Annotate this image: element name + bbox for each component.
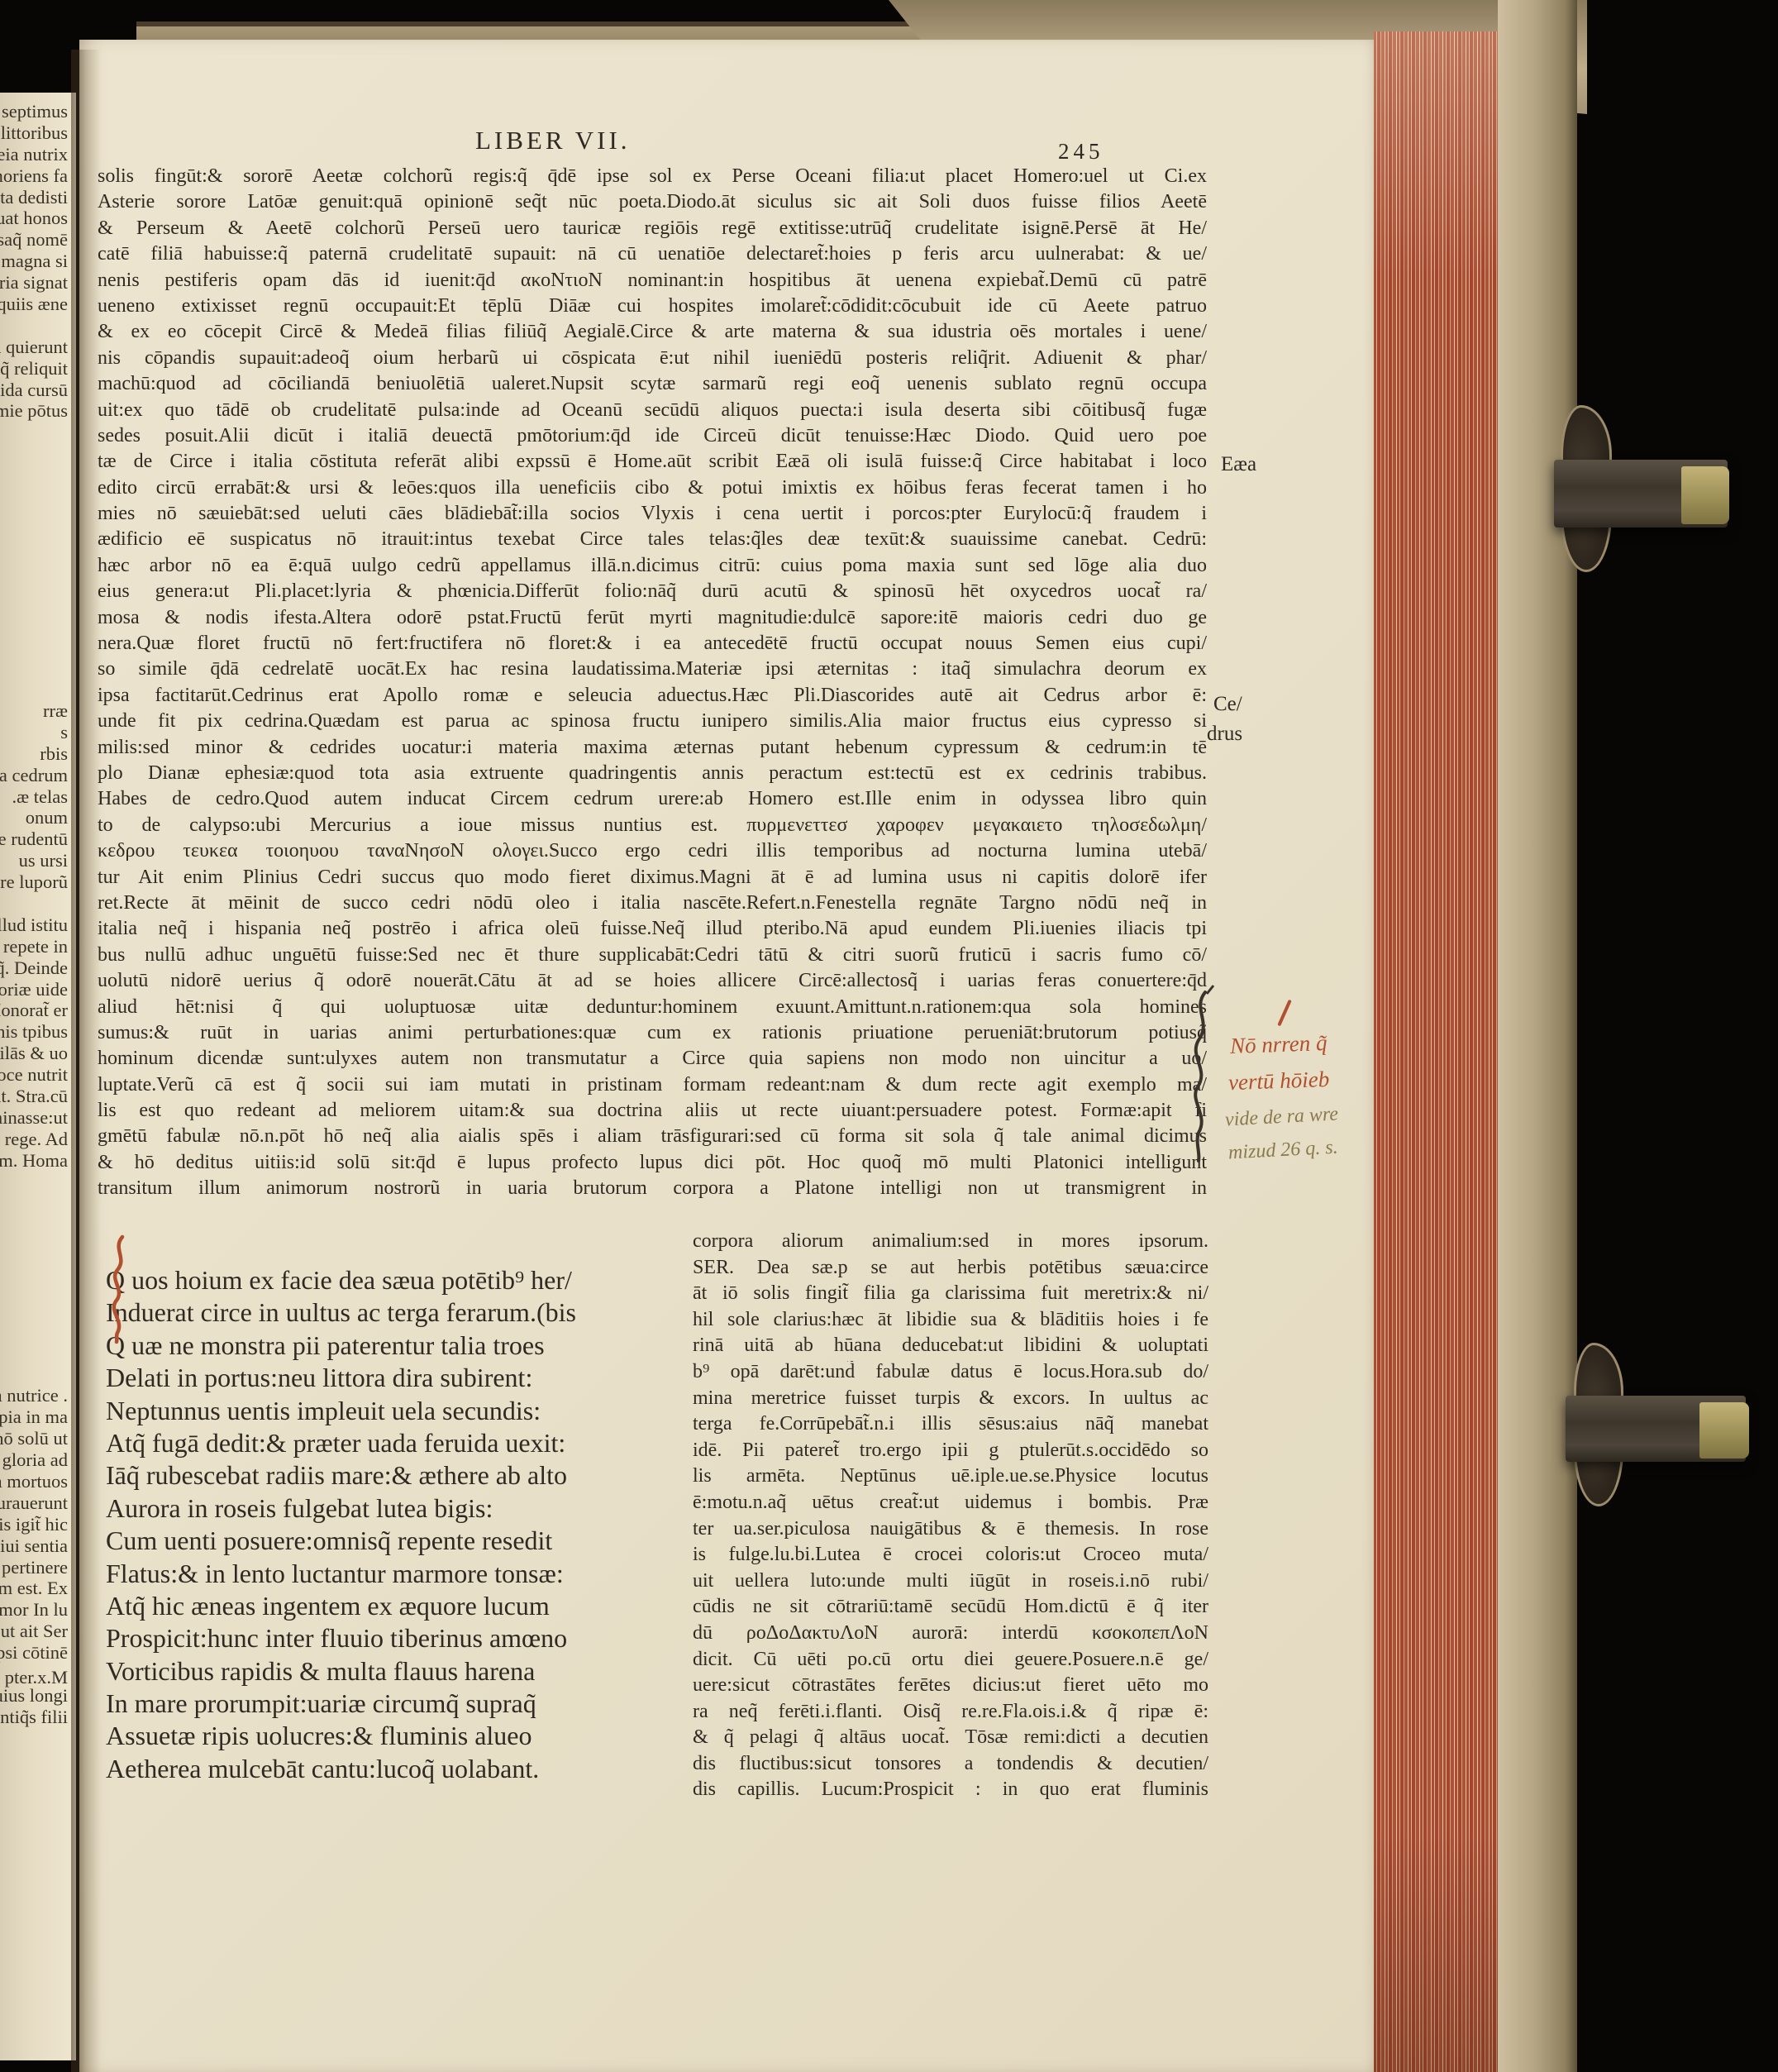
handwritten-note-red: vertū hōieb xyxy=(1227,1067,1329,1096)
main-text-line: nera.Quæ floret fructū nō fert:fructifer… xyxy=(98,633,1207,658)
main-text-line: uolutū nidorē uerius q̃ odorē nouerāt.Cā… xyxy=(98,970,1207,995)
verse-line: Delati in portus:neu littora dira subire… xyxy=(106,1363,668,1395)
verse-line: Q uos hoium ex facie dea sæua potētib⁹ h… xyxy=(106,1265,668,1297)
fragment-line: moriens fa/ xyxy=(0,165,71,187)
fragment-line: us ursi xyxy=(0,850,71,871)
main-text-block: solis fingūt:& sororē Aeetæ colchorũ reg… xyxy=(98,165,1207,1204)
main-text-line: solis fingūt:& sororē Aeetæ colchorũ reg… xyxy=(98,165,1207,191)
verse-line: Atq̃ hic æneas ingentem ex æquore lucum xyxy=(106,1591,668,1623)
fragment-line xyxy=(0,1214,71,1235)
fragment-line xyxy=(0,486,71,508)
fragment-line: rbis xyxy=(0,743,71,765)
fragment-line: l terraꝝ ē pter.x.M. xyxy=(0,1664,71,1685)
fragment-line: a in magna si xyxy=(0,251,71,272)
commentary-line: ter ua.ser.piculosa nauigātibus & ē them… xyxy=(693,1518,1208,1544)
fragment-line: mortuos pertinere xyxy=(0,1557,71,1578)
leather-clasp-lower xyxy=(1564,1333,1762,1523)
main-text-line: unde fit pix cedrina.Quædam est parua ac… xyxy=(98,710,1207,736)
fragment-line: ei expssum est. Ex/ xyxy=(0,1578,71,1599)
commentary-line: uere:sicut cōtrastātes ferētes dicius:ut… xyxy=(693,1674,1208,1701)
commentary-column: corpora aliorum animalium:sed in mores i… xyxy=(693,1230,1208,1805)
commentary-line: āt iō solis fingit̃ filia ga clarissima … xyxy=(693,1282,1208,1309)
fragment-line: quæ circa mortuos xyxy=(0,1471,71,1492)
fragment-line: us. Honorat̃ er xyxy=(0,1000,71,1021)
fragment-line: trigonū rege. Ad/ xyxy=(0,1129,71,1150)
fragment-line: liuidebāt ipsi cōtinē xyxy=(0,1642,71,1664)
main-text-line: aliud hēt:nisi q̃ qui uoluptuosæ uitæ de… xyxy=(98,996,1207,1022)
main-text-line: eius genera:ut Pli.placet:lyria & phœnic… xyxy=(98,580,1207,606)
main-text-line: uit:ex quo tādē ob crudelitatē pulsa:ind… xyxy=(98,399,1207,425)
main-text-line: nenis pestiferis opam dās id iuenit:q̄d … xyxy=(98,270,1207,295)
fragment-line xyxy=(0,679,71,700)
main-text-line: hominum dicendæ sunt:ulyxes autem non tr… xyxy=(98,1048,1207,1073)
main-text-line: lis est quo redeant ad meliorem uitam:& … xyxy=(98,1100,1207,1125)
verse-line: Neptunnus uentis impleuit uela secundis: xyxy=(106,1396,668,1428)
commentary-line: rinā uitā ab hūana deducebat:ut libidini… xyxy=(693,1334,1208,1361)
commentary-line: hil sole clarius:hæc āt libidie sua & bl… xyxy=(693,1309,1208,1335)
fragment-line xyxy=(0,657,71,679)
fragment-line: a quierunt xyxy=(0,337,71,358)
fragment-line: neia nutrix xyxy=(0,144,71,165)
main-text-line: & Perseum & Aeetē colchorũ Perseū uero t… xyxy=(98,217,1207,243)
verse-line: In mare prorumpit:uariæ circumq̃ supraq̃ xyxy=(106,1688,668,1721)
fragment-line: ūc ēt:his tpibus xyxy=(0,1021,71,1043)
main-text-line: edito circū errabāt:& ursi & leōes:quos … xyxy=(98,477,1207,503)
commentary-line: uit uellera luto:unde multi iūgūt in ros… xyxy=(693,1570,1208,1597)
commentary-line: ē:motu.n.aq̃ uētus creat̃:ut uidemus i b… xyxy=(693,1492,1208,1518)
gutter-shadow xyxy=(71,50,101,2072)
commentary-line: dis capillis. Lucum:Prospicit : in quo e… xyxy=(693,1778,1208,1805)
folio-number: 245 xyxy=(1058,139,1104,165)
commentary-line: dū ροΔοΔακτυΛοΝ aurorā: interdū κσοκοπεπ… xyxy=(693,1622,1208,1649)
verse-line: Cum uenti posuere:omnisq̃ repente resedi… xyxy=(106,1525,668,1558)
fragment-line xyxy=(0,893,71,914)
main-text-line: κεδρου τευκεα τοιοηυου ταναΝησοΝ ολογει.… xyxy=(98,840,1207,866)
commentary-line: is fulge.lu.bi.Lutea ē crocei coloris:ut… xyxy=(693,1544,1208,1570)
fragment-line: ā uolunt. Stra.cū xyxy=(0,1086,71,1107)
verse-line: Prospicit:hunc inter fluuio tiberinus am… xyxy=(106,1623,668,1655)
fragment-line: dūt:deide ut ait Ser. xyxy=(0,1621,71,1642)
fragment-line: q̃ reliquit. xyxy=(0,358,71,380)
clasp-brass-fitting xyxy=(1699,1402,1749,1459)
fragment-line xyxy=(0,465,71,486)
fragment-line xyxy=(0,529,71,551)
main-text-line: sedes posuit.Alii dicūt i italiā deuectā… xyxy=(98,425,1207,451)
fragment-line: æ telas. xyxy=(0,786,71,808)
main-text-line: & ex eo cōcepit Circē & Medeā filias fil… xyxy=(98,321,1207,346)
commentary-line: & q̃ pelagi q̃ altāus uocat̃. Tōsæ remi:… xyxy=(693,1726,1208,1753)
main-text-line: ueneno extixisset regnū occupauit:Et tēp… xyxy=(98,295,1207,321)
fragment-line: anxie curauerunt. xyxy=(0,1492,71,1514)
fragment-line: l sentire uiui sentia/ xyxy=(0,1535,71,1557)
fragment-line xyxy=(0,1172,71,1193)
fragment-line xyxy=(0,1192,71,1214)
verse-line: Aetherea mulcebāt cantu:lucoq̃ uolabant. xyxy=(106,1754,668,1786)
fragment-line xyxy=(0,572,71,594)
previous-page-text-fragments: er septimus.littoribus:neia nutrixmorien… xyxy=(0,101,71,1728)
fragment-line: am: ut nō solū ut/ xyxy=(0,1428,71,1449)
verse-line: Atq̃ fugā dedit:& præter uada feruida ue… xyxy=(106,1428,668,1460)
verse-line: Induerat circe in uultus ac terga feraru… xyxy=(106,1297,668,1330)
running-title: LIBER VII. xyxy=(475,126,631,155)
main-text-line: mies nō sæuiebāt:sed ueluti cāes blādieb… xyxy=(98,503,1207,528)
main-text-line: nis cōpandis supauit:adeoq̃ oium herbarũ… xyxy=(98,347,1207,373)
ink-brace-mark xyxy=(1189,991,1217,1164)
book-photo: er septimus.littoribus:neia nutrixmorien… xyxy=(0,0,1778,2072)
verse-line: Q uæ ne monstra pii paterentur talia tro… xyxy=(106,1330,668,1363)
main-text-line: italia neq̃ i hispania neq̃ postrēo i af… xyxy=(98,918,1207,943)
main-text-line: bus nullū adhuc unguētū fuisse:Sed nec ē… xyxy=(98,944,1207,970)
fragment-line: ossaq̃ nomē xyxy=(0,229,71,251)
verse-line: Vorticibus rapidis & multa flauus harena xyxy=(106,1656,668,1688)
handwritten-note-red: Nō nrren q̃ xyxy=(1229,1030,1328,1059)
main-text-line: ædificio eē suspicatus nō itrauit:intus … xyxy=(98,528,1207,554)
leather-clasp-upper xyxy=(1552,397,1742,587)
fragment-line: rræ xyxy=(0,700,71,722)
fragment-line: aquæ humor In lu/ xyxy=(0,1599,71,1621)
fragment-line: er septimus. xyxy=(0,101,71,122)
commentary-line: b⁹ opā darēt:und̃ fabulæ datus ē locus.H… xyxy=(693,1361,1208,1387)
commentary-line: idē. Pii pateret̃ tro.ergo ipii g ptuler… xyxy=(693,1439,1208,1466)
verse-line: Iāq̃ rubescebat radiis mare:& æthere ab … xyxy=(106,1460,668,1492)
fragment-line: is & uoce nutrit. xyxy=(0,1064,71,1086)
main-text-line: so simile q̄dā cedrelatē uocāt.Ex hac re… xyxy=(98,658,1207,684)
verse-line: Assuetæ ripis uolucres:& fluminis alueo xyxy=(106,1721,668,1753)
clasp-brass-fitting xyxy=(1681,466,1729,524)
fragment-line: uoq̃: repete in xyxy=(0,936,71,957)
fragment-line: ninatum. Homa xyxy=(0,1150,71,1172)
fragment-line: odo.uigilās & uo xyxy=(0,1043,71,1064)
fragment-line xyxy=(0,1364,71,1386)
fragment-line: eruat honos xyxy=(0,208,71,229)
main-text-line: ret.Recte āt mēinit de succo cedri nōdū … xyxy=(98,892,1207,918)
fragment-line: eriq̃ ex antiq̃s filii xyxy=(0,1707,71,1728)
fragment-line: . Alii a nutrice xyxy=(0,1385,71,1406)
margin-note-eaea: Eæa xyxy=(1221,453,1256,476)
commentary-line: cūdis ne sit cōtrariū:tamē secūdū Hom.di… xyxy=(693,1596,1208,1622)
fragment-line: s xyxy=(0,722,71,743)
main-text-line: plo Dianæ ephesiæ:quod tota asia extruen… xyxy=(98,762,1207,788)
fragment-line xyxy=(0,1321,71,1343)
fragment-line: na cedrum xyxy=(0,765,71,786)
fragment-line: ait.n. Tonis igit̃ hic xyxy=(0,1514,71,1535)
verse-column: Q uos hoium ex facie dea sæua potētib⁹ h… xyxy=(106,1265,668,1786)
main-text-line: luptate.Verũ cā est q̃ socii sui iam mut… xyxy=(98,1074,1207,1100)
fragment-line xyxy=(0,315,71,337)
main-text-line: tæ de Circe i italia cōstituta referāt a… xyxy=(98,451,1207,476)
commentary-line: terga fe.Corrūpebāt̃.n.i illis sēsus:aiu… xyxy=(693,1413,1208,1439)
commentary-line: dis fluctibus:sicut tonsores a tondendis… xyxy=(693,1753,1208,1779)
margin-note-cedrus: drus xyxy=(1207,723,1242,746)
fragment-line xyxy=(0,1235,71,1257)
fragment-line: gloria signat xyxy=(0,272,71,294)
main-text-line: transitum illum animorum nostrorũ in uar… xyxy=(98,1177,1207,1203)
fragment-line xyxy=(0,1343,71,1364)
main-text-line: mosa & nodis ifesta.Altera odorē pstat.F… xyxy=(98,607,1207,633)
main-text-line: machū:quod ad cōciliandā beniuolētiā ual… xyxy=(98,373,1207,399)
fragment-line: tubāq̃. Deinde xyxy=(0,957,71,979)
fragment-line xyxy=(0,1278,71,1300)
fragment-line xyxy=(0,443,71,465)
main-text-line: & hō deditus uitiis:id solū sit:q̄d ē lu… xyxy=(98,1152,1207,1177)
commentary-line: ra neq̃ ferēti.i.flanti. Oisq̃ re.re.Fla… xyxy=(693,1701,1208,1727)
fragment-line: mie pōtus. xyxy=(0,400,71,422)
main-text-line: gmētū fabulæ nō.n.pōt hō neq̃ alia aiali… xyxy=(98,1125,1207,1151)
main-text-line: milis:sed minor & cedrides uocatur:i mat… xyxy=(98,737,1207,762)
fragment-line xyxy=(0,1300,71,1321)
fragment-line: ida cursū xyxy=(0,380,71,401)
main-text-line: Asterie sorore Latōæ genuit:quā opinionē… xyxy=(98,191,1207,217)
main-text-line: catē filiā habuisse:q̃ paternā crudelita… xyxy=(98,243,1207,269)
fragment-line: lulare luporũ: xyxy=(0,871,71,893)
commentary-line: corpora aliorum animalium:sed in mores i… xyxy=(693,1230,1208,1257)
fragment-line: eta dedisti: xyxy=(0,187,71,208)
fragment-line xyxy=(0,593,71,614)
fragment-line: t. Hespia in ma xyxy=(0,1406,71,1428)
main-text-line: ipsa factitarūt.Cedrinus erat Apollo rom… xyxy=(98,685,1207,710)
verse-line: Aurora in roseis fulgebat lutea bigis: xyxy=(106,1493,668,1525)
fragment-line xyxy=(0,614,71,636)
main-text-line: tur Ait enim Plinius Cedri succus quo mo… xyxy=(98,867,1207,892)
fragment-line xyxy=(0,508,71,529)
fragment-line: at an hæc gloria ad xyxy=(0,1449,71,1471)
verse-line: Flatus:& in lento luctantur marmore tons… xyxy=(106,1559,668,1591)
red-fore-edge xyxy=(1374,31,1498,2072)
fragment-line: xequiis æne xyxy=(0,294,71,315)
fragment-line xyxy=(0,551,71,572)
fragment-line xyxy=(0,1257,71,1278)
red-paragraph-squiggle xyxy=(107,1235,132,1343)
margin-note-cedrus: Ce/ xyxy=(1213,693,1242,716)
fragment-line: littoribus: xyxy=(0,122,71,144)
fragment-line: memoriæ uide xyxy=(0,979,71,1000)
commentary-line: lis armēta. Neptūnus uē.iple.ue.se.Physi… xyxy=(693,1465,1208,1492)
commentary-line: SER. Dea sæ.p se aut herbis potētibus sæ… xyxy=(693,1257,1208,1283)
commentary-line: mina meretrice fuisset turpis & excors. … xyxy=(693,1387,1208,1414)
main-text-line: Habes de cedro.Quod autem inducat Circem… xyxy=(98,788,1207,814)
main-text-line: to de calypso:ubi Mercurius a ioue missu… xyxy=(98,814,1207,840)
main-text-line: sumus:& ruūt in uarias animi perturbatio… xyxy=(98,1022,1207,1048)
main-text-line: hæc arbor nō ea ē:quā uulgo cedrũ appell… xyxy=(98,555,1207,580)
fragment-line: minus:cuius longi xyxy=(0,1685,71,1707)
parchment-cover-edge xyxy=(1498,0,1577,2072)
fragment-line xyxy=(0,636,71,657)
fragment-line: tā nominasse:ut xyxy=(0,1107,71,1129)
fragment-line: octe rudentū. xyxy=(0,828,71,850)
fragment-line: trici illud istitu xyxy=(0,914,71,936)
commentary-line: dicit. Cū uēti po.cū ortu diei geuere.Po… xyxy=(693,1649,1208,1675)
fragment-line: onum xyxy=(0,807,71,828)
fragment-line xyxy=(0,422,71,443)
